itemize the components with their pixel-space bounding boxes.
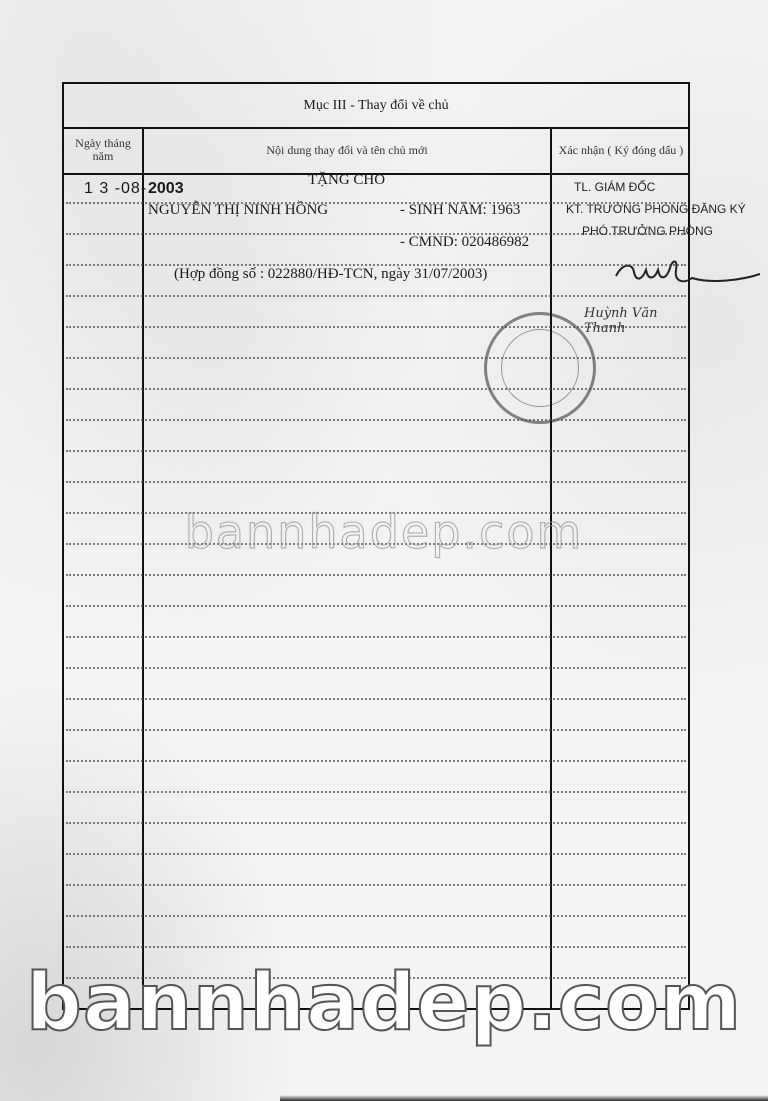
confirm-line-2: KT. TRƯỞNG PHÒNG ĐĂNG KÝ xyxy=(566,202,746,216)
ruled-line xyxy=(66,450,686,452)
entry-contract: (Hợp đồng số : 022880/HĐ-TCN, ngày 31/07… xyxy=(174,266,487,283)
entry-action: TẶNG CHO xyxy=(308,172,385,189)
ruled-line xyxy=(66,667,686,669)
ruled-line xyxy=(66,853,686,855)
watermark-large: bannhadep.com xyxy=(0,958,768,1048)
ruled-line xyxy=(66,791,686,793)
entry-date-day-month: 1 3 -08- xyxy=(84,180,147,198)
content-column-header: Nội dung thay đổi và tên chủ mới xyxy=(144,127,550,173)
ruled-line xyxy=(66,884,686,886)
ruled-line xyxy=(66,760,686,762)
section-title: Mục III - Thay đổi về chủ xyxy=(64,84,688,129)
ruled-line xyxy=(66,636,686,638)
ruled-line xyxy=(66,357,686,359)
ruled-line xyxy=(66,698,686,700)
entry-id-number: - CMND: 020486982 xyxy=(400,234,529,251)
column-divider xyxy=(142,127,144,1008)
confirm-line-3: PHÓ TRƯỞNG PHÒNG xyxy=(582,224,713,238)
watermark-small: bannhadep.com xyxy=(0,505,768,559)
ruled-line xyxy=(66,946,686,948)
handwritten-signature-icon xyxy=(612,254,762,294)
ruled-line xyxy=(66,574,686,576)
ruled-line xyxy=(66,388,686,390)
entry-date-year: 2003 xyxy=(148,180,184,198)
table-header-row: Ngày tháng năm Nội dung thay đổi và tên … xyxy=(64,127,688,175)
ruled-line xyxy=(66,264,686,266)
ruled-line xyxy=(66,822,686,824)
ruled-line xyxy=(66,295,686,297)
ruled-line xyxy=(66,202,686,204)
ruled-line xyxy=(66,419,686,421)
entry-birth-year: - SINH NĂM: 1963 xyxy=(400,202,520,219)
official-stamp-icon xyxy=(484,312,596,424)
ruled-line xyxy=(66,326,686,328)
signer-name: Huỳnh Văn Thanh xyxy=(584,306,688,336)
ruled-line xyxy=(66,729,686,731)
ruled-line xyxy=(66,481,686,483)
date-column-header: Ngày tháng năm xyxy=(64,127,142,173)
confirm-column-header: Xác nhận ( Ký đóng dấu ) xyxy=(552,127,690,173)
scan-edge-shadow xyxy=(280,1095,768,1101)
ruled-line xyxy=(66,605,686,607)
entry-owner-name: NGUYỄN THỊ NINH HỒNG xyxy=(148,202,328,219)
confirm-line-1: TL. GIÁM ĐỐC xyxy=(574,180,655,194)
column-divider xyxy=(550,127,552,1008)
ruled-line xyxy=(66,233,686,235)
ruled-line xyxy=(66,915,686,917)
